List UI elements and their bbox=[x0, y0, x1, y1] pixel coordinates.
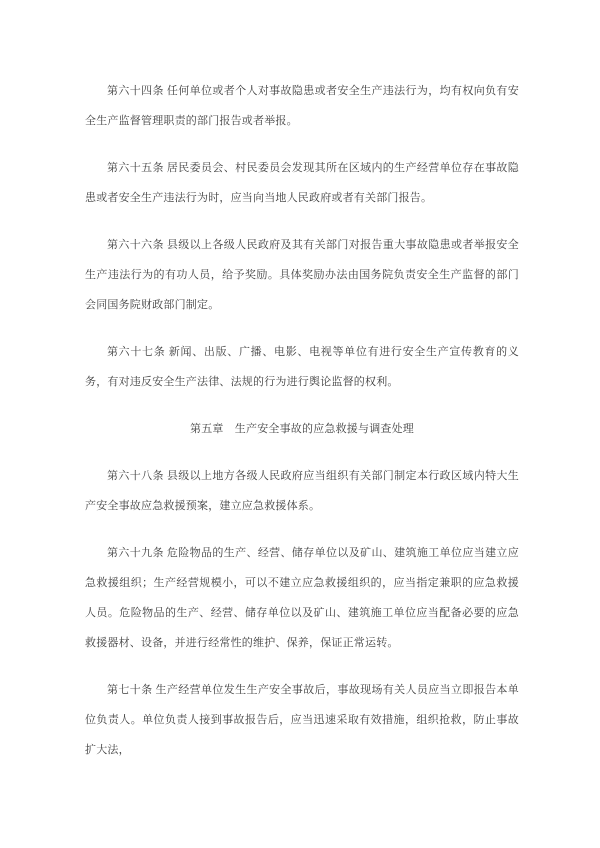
article-68-paragraph: 第六十八条 县级以上地方各级人民政府应当组织有关部门制定本行政区域内特大生产安全… bbox=[85, 461, 519, 521]
article-70-paragraph: 第七十条 生产经营单位发生生产安全事故后，事故现场有关人员应当立即报告本单位负责… bbox=[85, 675, 519, 765]
article-65-paragraph: 第六十五条 居民委员会、村民委员会发现其所在区域内的生产经营单位存在事故隐患或者… bbox=[85, 153, 519, 213]
document-page: 第六十四条 任何单位或者个人对事故隐患或者安全生产违法行为，均有权向负有安全生产… bbox=[0, 0, 600, 848]
article-69-paragraph: 第六十九条 危险物品的生产、经营、储存单位以及矿山、建筑施工单位应当建立应急救援… bbox=[85, 538, 519, 658]
chapter-5-heading: 第五章 生产安全事故的应急救援与调查处理 bbox=[85, 414, 519, 444]
article-64-paragraph: 第六十四条 任何单位或者个人对事故隐患或者安全生产违法行为，均有权向负有安全生产… bbox=[85, 76, 519, 136]
article-66-paragraph: 第六十六条 县级以上各级人民政府及其有关部门对报告重大事故隐患或者举报安全生产违… bbox=[85, 230, 519, 320]
document-content: 第六十四条 任何单位或者个人对事故隐患或者安全生产违法行为，均有权向负有安全生产… bbox=[85, 76, 519, 782]
article-67-paragraph: 第六十七条 新闻、出版、广播、电影、电视等单位有进行安全生产宣传教育的义务，有对… bbox=[85, 337, 519, 397]
